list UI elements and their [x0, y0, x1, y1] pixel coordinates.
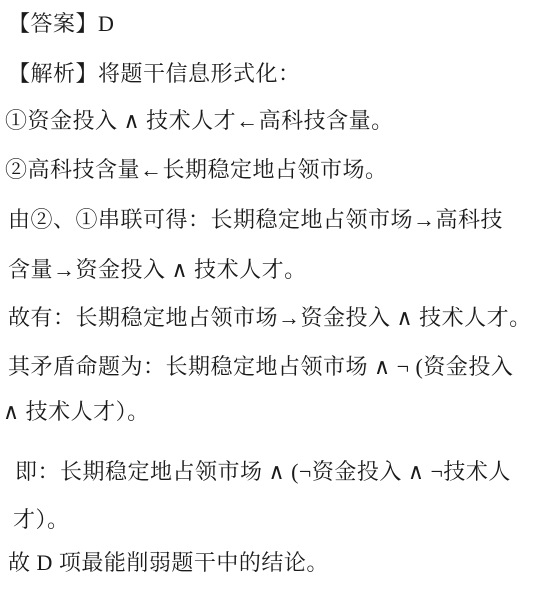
- answer-line: 【答案】D: [8, 10, 114, 38]
- answer-explanation-document: 【答案】D 【解析】将题干信息形式化： ①资金投入 ∧ 技术人才←高科技含量。 …: [0, 0, 540, 596]
- contradiction-line-2: ∧ 技术人才）。: [3, 398, 150, 426]
- conclusion-line: 故有：长期稳定地占领市场→资金投入 ∧ 技术人才。: [8, 304, 532, 332]
- chain-derivation-line-2: 含量→资金投入 ∧ 技术人才。: [8, 256, 307, 284]
- premise-2-line: ②高科技含量←长期稳定地占领市场。: [5, 156, 388, 184]
- final-conclusion-line: 故 D 项最能削弱题干中的结论。: [8, 549, 329, 577]
- chain-derivation-line-1: 由②、①串联可得：长期稳定地占领市场→高科技: [8, 206, 503, 234]
- analysis-intro-line: 【解析】将题干信息形式化：: [8, 60, 301, 88]
- simplified-form-line-1: 即：长期稳定地占领市场 ∧ (¬资金投入 ∧ ¬技术人: [15, 458, 511, 486]
- premise-1-line: ①资金投入 ∧ 技术人才←高科技含量。: [5, 107, 394, 135]
- contradiction-line-1: 其矛盾命题为：长期稳定地占领市场 ∧ ¬ (资金投入: [8, 353, 513, 381]
- simplified-form-line-2: 才）。: [13, 506, 70, 534]
